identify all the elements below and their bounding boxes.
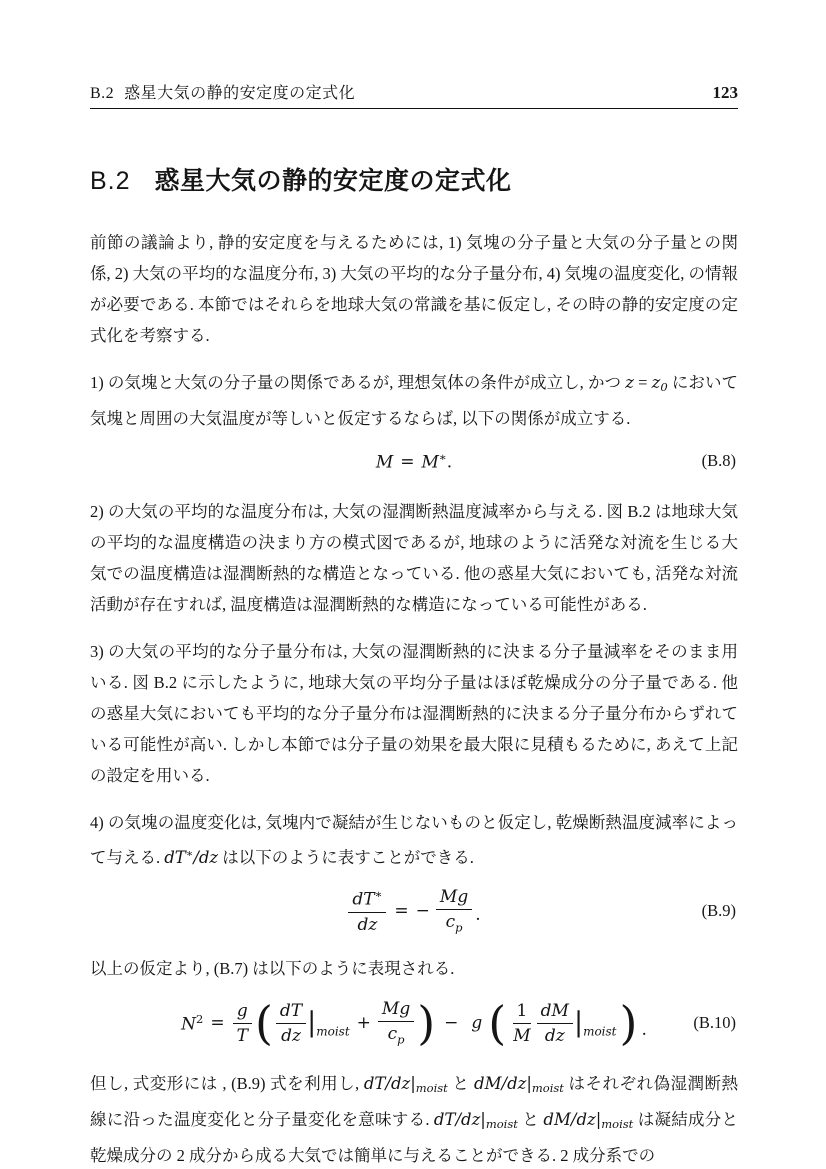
text-run: 0 [660, 380, 667, 394]
equation-period: . [641, 1020, 646, 1052]
equation-b8-body: M=M∗. [376, 450, 452, 473]
evaluated-at-moist: |moist [307, 1007, 350, 1038]
text-run: = [634, 373, 652, 392]
equation-b10-tag: (B.10) [693, 1013, 736, 1033]
fraction-Mg-cp: Mg cp [436, 887, 472, 934]
plus-sign: + [357, 1013, 371, 1033]
text-run: 2) の大気の平均的な温度分布は, 大気の湿潤断熱温度減率から与える. 図 B.… [90, 502, 738, 614]
equation-b8-tag: (B.8) [702, 451, 736, 471]
equation-b9: dT∗ dz = − Mg cp . (B.9) [90, 885, 738, 937]
text-run: と [448, 1074, 474, 1093]
text-run: dT/dz| [364, 1074, 416, 1093]
evaluated-at-moist: |moist [574, 1007, 617, 1038]
text-run: 但し, 式変形には , (B.9) 式を利用し, [90, 1074, 364, 1093]
text-run: 前節の議論より, 静的安定度を与えるためには, 1) 気塊の分子量と大気の分子量… [90, 233, 738, 345]
gravity-coefficient: g [471, 1013, 482, 1033]
paragraph-intro: 前節の議論より, 静的安定度を与えるためには, 1) 気塊の分子量と大気の分子量… [90, 227, 738, 351]
running-header-section-number: B.2 [90, 85, 114, 102]
text-run: dT [164, 848, 186, 867]
text-run: dM/dz| [543, 1110, 601, 1129]
running-header: B.2惑星大気の静的安定度の定式化 123 [90, 0, 738, 109]
running-header-row: B.2惑星大気の静的安定度の定式化 123 [90, 80, 738, 108]
section-heading-title: 惑星大気の静的安定度の定式化 [155, 161, 512, 197]
fraction-g-T: g T [233, 1001, 252, 1046]
text-run: 1) の気塊と大気の分子量の関係であるが, 理想気体の条件が成立し, かつ [90, 373, 625, 392]
section-heading: B.2 惑星大気の静的安定度の定式化 [90, 161, 738, 197]
equation-b10: N2 = g T ( dT dz |moist + Mg cp ) − g ( … [90, 994, 738, 1052]
fraction-dT-dz: dT dz [276, 1001, 306, 1046]
page-content: B.2惑星大気の静的安定度の定式化 123 B.2 惑星大気の静的安定度の定式化… [90, 0, 738, 1169]
text-run: moist [416, 1081, 448, 1095]
section-heading-number: B.2 [90, 167, 131, 196]
page-number: 123 [713, 83, 739, 103]
paragraph-item1: 1) の気塊と大気の分子量の関係であるが, 理想気体の条件が成立し, かつ z … [90, 367, 738, 434]
running-header-section: B.2惑星大気の静的安定度の定式化 [90, 80, 355, 103]
paragraph-item4: 4) の気塊の温度変化は, 気塊内で凝結が生じないものと仮定し, 乾燥断熱温度減… [90, 807, 738, 873]
text-run: dM/dz| [474, 1074, 532, 1093]
text-run: moist [601, 1117, 633, 1131]
text-run: z [625, 373, 634, 392]
fraction-dTstar-dz: dT∗ dz [348, 887, 386, 935]
text-run: 3) の大気の平均的な分子量分布は, 大気の湿潤断熱的に決まる分子量減率をそのま… [90, 642, 738, 785]
header-rule [90, 108, 738, 109]
document-page: B.2惑星大気の静的安定度の定式化 123 B.2 惑星大気の静的安定度の定式化… [0, 0, 826, 1169]
text-run: は以下のように表すことができる. [218, 848, 474, 867]
text-run: dT/dz| [434, 1110, 486, 1129]
equation-period: . [475, 905, 480, 937]
paragraph-closing: 但し, 式変形には , (B.9) 式を利用し, dT/dz|moist と d… [90, 1068, 738, 1169]
text-run: 以上の仮定より, (B.7) は以下のように表現される. [90, 959, 454, 978]
running-header-section-title: 惑星大気の静的安定度の定式化 [124, 85, 355, 102]
minus-sign: − [416, 901, 430, 921]
minus-sign: − [444, 1013, 458, 1033]
text-run: と [518, 1110, 544, 1129]
equals-sign: = [210, 1013, 224, 1033]
fraction-1-M: 1 M [509, 1001, 534, 1046]
equation-b8: M=M∗. (B.8) [90, 448, 738, 474]
equals-sign: = [394, 901, 408, 921]
fraction-dM-dz: dM dz [537, 1001, 573, 1046]
equation-b9-tag: (B.9) [702, 901, 736, 921]
text-run: moist [486, 1117, 518, 1131]
fraction-Mg-cp: Mg cp [378, 999, 414, 1046]
text-run: /dz [193, 848, 218, 867]
paragraph-item2: 2) の大気の平均的な温度分布は, 大気の湿潤断熱温度減率から与える. 図 B.… [90, 496, 738, 620]
paragraph-item3: 3) の大気の平均的な分子量分布は, 大気の湿潤断熱的に決まる分子量減率をそのま… [90, 636, 738, 791]
text-run: moist [532, 1081, 564, 1095]
paragraph-result: 以上の仮定より, (B.7) は以下のように表現される. [90, 953, 738, 984]
N-squared: N2 [181, 1012, 203, 1035]
